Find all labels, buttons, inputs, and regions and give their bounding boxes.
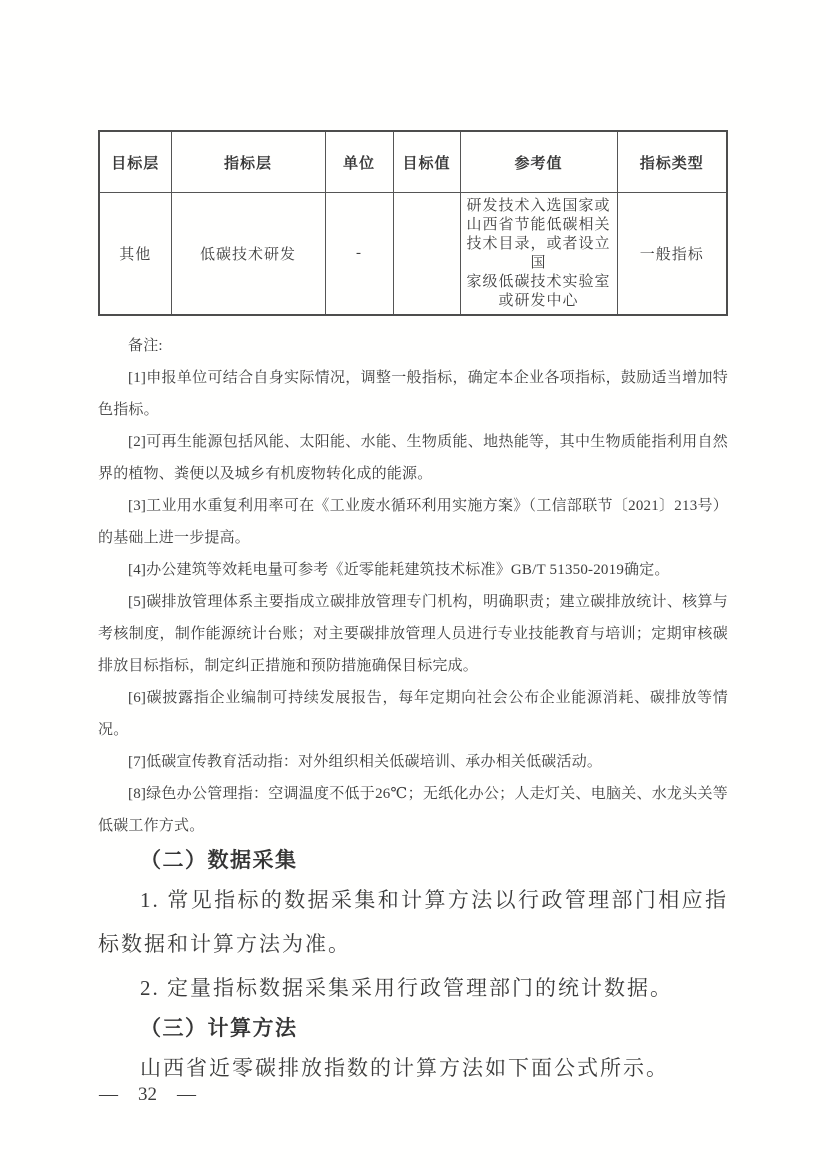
cell-indicator-layer: 低碳技术研发: [171, 193, 325, 316]
data-collection-paragraph-1: 1. 常见指标的数据采集和计算方法以行政管理部门相应指标数据和计算方法为准。: [98, 878, 728, 966]
table-header-row: 目标层 指标层 单位 目标值 参考值 指标类型: [99, 131, 727, 193]
note-item-1: [1]申报单位可结合自身实际情况，调整一般指标，确定本企业各项指标，鼓励适当增加…: [98, 362, 728, 426]
note-item-4: [4]办公建筑等效耗电量可参考《近零能耗建筑技术标准》GB/T 51350-20…: [98, 554, 728, 586]
note-item-7: [7]低碳宣传教育活动指：对外组织相关低碳培训、承办相关低碳活动。: [98, 746, 728, 778]
footer-right-dash: —: [177, 1084, 196, 1106]
footer-left-dash: —: [99, 1084, 118, 1106]
note-item-5: [5]碳排放管理体系主要指成立碳排放管理专门机构，明确职责；建立碳排放统计、核算…: [98, 586, 728, 682]
page-number: 32: [138, 1084, 157, 1106]
indicator-table: 目标层 指标层 单位 目标值 参考值 指标类型 其他 低碳技术研发 - 研发技术…: [98, 130, 728, 316]
note-item-2: [2]可再生能源包括风能、太阳能、水能、生物质能、地热能等，其中生物质能指利用自…: [98, 426, 728, 490]
note-item-3: [3]工业用水重复利用率可在《工业废水循环利用实施方案》（工信部联节〔2021〕…: [98, 490, 728, 554]
column-header-target-value: 目标值: [393, 131, 460, 193]
page-content: 目标层 指标层 单位 目标值 参考值 指标类型 其他 低碳技术研发 - 研发技术…: [98, 130, 728, 1090]
document-page: 目标层 指标层 单位 目标值 参考值 指标类型 其他 低碳技术研发 - 研发技术…: [0, 0, 826, 1168]
column-header-unit: 单位: [325, 131, 393, 193]
data-collection-paragraph-2: 2. 定量指标数据采集采用行政管理部门的统计数据。: [98, 966, 728, 1010]
cell-target-layer: 其他: [99, 193, 171, 316]
table-row: 其他 低碳技术研发 - 研发技术入选国家或 山西省节能低碳相关 技术目录，或者设…: [99, 193, 727, 316]
note-item-6: [6]碳披露指企业编制可持续发展报告，每年定期向社会公布企业能源消耗、碳排放等情…: [98, 682, 728, 746]
cell-indicator-type: 一般指标: [617, 193, 727, 316]
note-item-8: [8]绿色办公管理指：空调温度不低于26℃；无纸化办公；人走灯关、电脑关、水龙头…: [98, 778, 728, 842]
cell-unit: -: [325, 193, 393, 316]
body-sections: （二）数据采集 1. 常见指标的数据采集和计算方法以行政管理部门相应指标数据和计…: [98, 842, 728, 1090]
cell-target-value: [393, 193, 460, 316]
column-header-indicator-layer: 指标层: [171, 131, 325, 193]
column-header-reference-value: 参考值: [460, 131, 617, 193]
page-footer: — 32 —: [99, 1084, 196, 1106]
column-header-indicator-type: 指标类型: [617, 131, 727, 193]
notes-label: 备注:: [98, 330, 728, 362]
cell-reference-value: 研发技术入选国家或 山西省节能低碳相关 技术目录，或者设立国 家级低碳技术实验室…: [460, 193, 617, 316]
column-header-target-layer: 目标层: [99, 131, 171, 193]
section-heading-data-collection: （二）数据采集: [98, 842, 728, 878]
notes-block: 备注: [1]申报单位可结合自身实际情况，调整一般指标，确定本企业各项指标，鼓励…: [98, 330, 728, 842]
section-heading-calculation-method: （三）计算方法: [98, 1010, 728, 1046]
